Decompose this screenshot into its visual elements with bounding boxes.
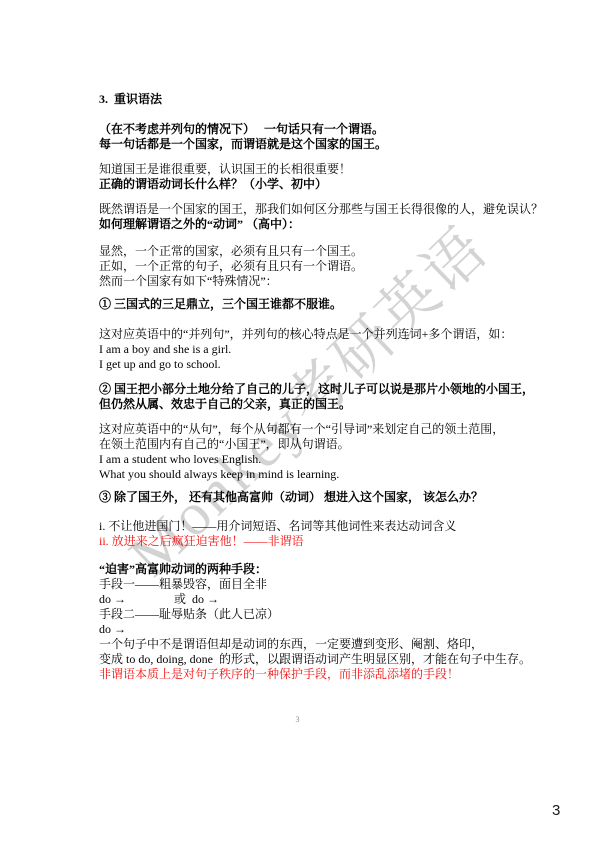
- text-line: 每一句话都是一个国家，而谓语就是这个国家的国王。: [99, 137, 387, 152]
- list-item-3: ③ 除了国王外， 还有其他高富帅（动词） 想进入这个国家， 该怎么办？: [99, 490, 483, 505]
- document-page: Monkey考研英语 3. 重识语法 （在不考虑并列句的情况下） 一句话只有一个…: [0, 0, 595, 842]
- paragraph: 这对应英语中的“并列句”，并列句的核心特点是一个并列连词+多个谓语，如： I a…: [99, 327, 512, 372]
- text-line-red: ii. 放进来之后疯狂迫害他！——非谓语: [99, 534, 456, 549]
- section-heading: 3. 重识语法: [99, 92, 162, 107]
- text-line-red: 非谓语本质上是对句子秩序的一种保护手段，而非添乱添堵的手段！: [99, 667, 531, 682]
- text-line: （在不考虑并列句的情况下） 一句话只有一个谓语。: [99, 122, 387, 137]
- text-line: ③ 除了国王外， 还有其他高富帅（动词） 想进入这个国家， 该怎么办？: [99, 490, 483, 505]
- text-line: 但仍然从属、效忠于自己的父亲，真正的国王。: [99, 397, 534, 412]
- text-line: 这对应英语中的“从句”，每个从句都有一个“引导词”来划定自己的领土范围，: [99, 422, 504, 437]
- paragraph: “迫害”高富帅动词的两种手段： 手段一——粗暴毁容，面目全非 do → 或 do…: [99, 562, 531, 682]
- paragraph: （在不考虑并列句的情况下） 一句话只有一个谓语。 每一句话都是一个国家，而谓语就…: [99, 122, 387, 152]
- text-line: 如何理解谓语之外的“动词” （高中）：: [99, 217, 543, 232]
- text-line: ② 国王把小部分土地分给了自己的儿子，这时儿子可以说是那片小领地的小国王，: [99, 382, 534, 397]
- text-line: 一个句子中不是谓语但却是动词的东西，一定要遭到变形、阉割、烙印，: [99, 637, 531, 652]
- text-line: 正确的谓语动词长什么样？（小学、初中）: [99, 177, 351, 192]
- paragraph: 这对应英语中的“从句”，每个从句都有一个“引导词”来划定自己的领土范围， 在领土…: [99, 422, 504, 482]
- text-line: 手段二——耻辱贴条（此人已凉）: [99, 607, 531, 622]
- text-line: 变成 to do, doing, done 的形式，以跟谓语动词产生明显区别，才…: [99, 652, 531, 667]
- page-number: 3: [0, 715, 595, 724]
- text-line: 知道国王是谁很重要，认识国王的长相很重要！: [99, 162, 351, 177]
- text-line: 手段一——粗暴毁容，面目全非: [99, 577, 531, 592]
- text-line: ① 三国式的三足鼎立，三个国王谁都不服谁。: [99, 297, 342, 312]
- text-line: 正如，一个正常的句子，必须有且只有一个谓语。: [99, 259, 363, 274]
- example-sentence: What you should always keep in mind is l…: [99, 467, 504, 482]
- section-title: 3. 重识语法: [99, 92, 162, 107]
- example-sentence: I am a student who loves English.: [99, 452, 504, 467]
- text-line: 在领土范围内有自己的“小国王”，即从句谓语。: [99, 437, 504, 452]
- text-line: 这对应英语中的“并列句”，并列句的核心特点是一个并列连词+多个谓语，如：: [99, 327, 512, 342]
- text-line: 显然，一个正常的国家，必须有且只有一个国王。: [99, 244, 363, 259]
- text-line: do →: [99, 622, 531, 637]
- list-item-1: ① 三国式的三足鼎立，三个国王谁都不服谁。: [99, 297, 342, 312]
- list-item-2: ② 国王把小部分土地分给了自己的儿子，这时儿子可以说是那片小领地的小国王， 但仍…: [99, 382, 534, 412]
- paragraph: i. 不让他进国门！——用介词短语、名词等其他词性来表达动词含义 ii. 放进来…: [99, 519, 456, 549]
- text-line: 既然谓语是一个国家的国王，那我们如何区分那些与国王长得很像的人，避免误认？: [99, 202, 543, 217]
- example-sentence: I get up and go to school.: [99, 357, 512, 372]
- paragraph: 知道国王是谁很重要，认识国王的长相很重要！ 正确的谓语动词长什么样？（小学、初中…: [99, 162, 351, 192]
- example-sentence: I am a boy and she is a girl.: [99, 342, 512, 357]
- viewer-page-number: 3: [552, 802, 560, 819]
- paragraph: 显然，一个正常的国家，必须有且只有一个国王。 正如，一个正常的句子，必须有且只有…: [99, 244, 363, 289]
- text-line: “迫害”高富帅动词的两种手段：: [99, 562, 531, 577]
- text-line: i. 不让他进国门！——用介词短语、名词等其他词性来表达动词含义: [99, 519, 456, 534]
- text-line: 然而一个国家有如下“特殊情况”：: [99, 274, 363, 289]
- text-line: do → 或 do →: [99, 592, 531, 607]
- paragraph: 既然谓语是一个国家的国王，那我们如何区分那些与国王长得很像的人，避免误认？ 如何…: [99, 202, 543, 232]
